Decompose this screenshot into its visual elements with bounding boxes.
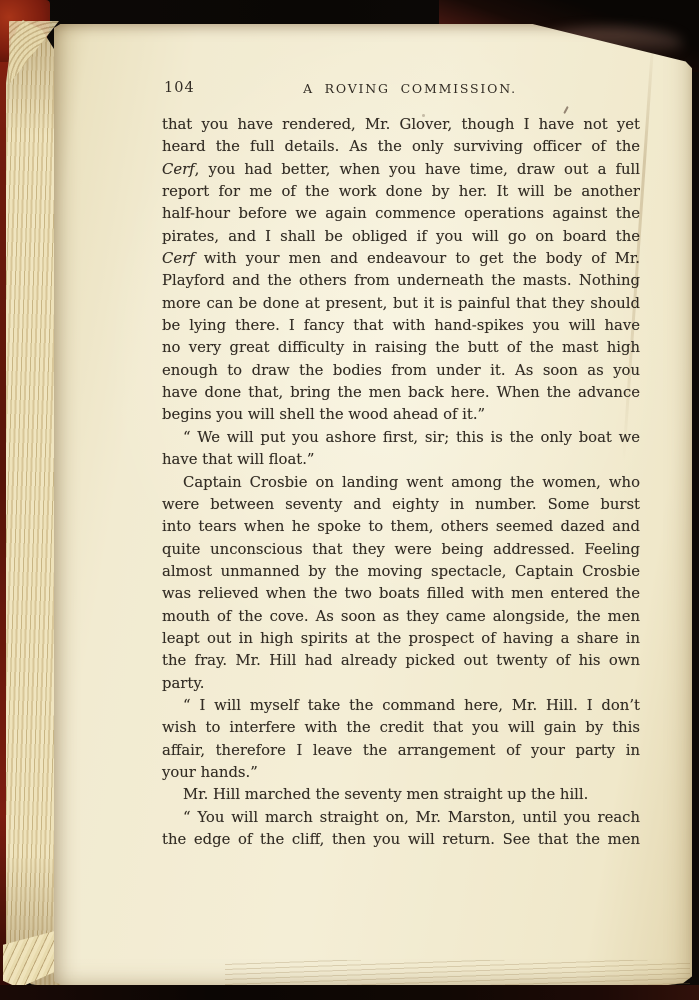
text-line: have done that, bring the men back here.… xyxy=(162,382,640,404)
italic-text: Cerf xyxy=(162,250,195,267)
text-line: were between seventy and eighty in numbe… xyxy=(162,494,640,516)
text-line: almost unmanned by the moving spectacle,… xyxy=(162,561,640,583)
text-line: heard the full details. As the only surv… xyxy=(162,136,640,158)
ink-speck xyxy=(422,114,425,117)
text-line: enough to draw the bodies from under it.… xyxy=(162,360,640,382)
text-line: begins you will shell the wood ahead of … xyxy=(162,404,640,426)
text-line: “ I will myself take the command here, M… xyxy=(162,695,640,717)
text-block: that you have rendered, Mr. Glover, thou… xyxy=(162,114,640,851)
text-line: that you have rendered, Mr. Glover, thou… xyxy=(162,114,640,136)
text-line: Captain Crosbie on landing went among th… xyxy=(162,472,640,494)
paragraph: that you have rendered, Mr. Glover, thou… xyxy=(162,114,640,427)
text-line: party. xyxy=(162,673,640,695)
text-line: have that will float.” xyxy=(162,449,640,471)
book-photo: 104 A ROVING COMMISSION. that you have r… xyxy=(0,0,699,1000)
text-line: “ You will march straight on, Mr. Marsto… xyxy=(162,807,640,829)
paragraph: Mr. Hill marched the seventy men straigh… xyxy=(162,784,640,806)
book-page: 104 A ROVING COMMISSION. that you have r… xyxy=(54,24,692,986)
text-line: pirates, and I shall be obliged if you w… xyxy=(162,226,640,248)
paragraph: “ We will put you ashore first, sir; thi… xyxy=(162,427,640,472)
paragraph: “ I will myself take the command here, M… xyxy=(162,695,640,784)
paragraph: “ You will march straight on, Mr. Marsto… xyxy=(162,807,640,852)
italic-text: Cerf xyxy=(162,161,195,178)
text-line: affair, therefore I leave the arrangemen… xyxy=(162,740,640,762)
text-line: into tears when he spoke to them, others… xyxy=(162,516,640,538)
text-line: Mr. Hill marched the seventy men straigh… xyxy=(162,784,640,806)
running-title: A ROVING COMMISSION. xyxy=(171,81,649,96)
ink-speck xyxy=(563,106,569,114)
page-bottom-edges xyxy=(225,960,690,986)
text-line: leapt out in high spirits at the prospec… xyxy=(162,628,640,650)
text-line: the edge of the cliff, then you will ret… xyxy=(162,829,640,851)
text-line: your hands.” xyxy=(162,762,640,784)
text-line: more can be done at present, but it is p… xyxy=(162,293,640,315)
text-segment: , you had better, when you have time, dr… xyxy=(195,161,640,178)
book-cover-bottom-edge xyxy=(0,985,699,1000)
text-line: half-hour before we again commence opera… xyxy=(162,203,640,225)
text-segment: with your men and endeavour to get the b… xyxy=(195,250,640,267)
text-line: mouth of the cove. As soon as they came … xyxy=(162,606,640,628)
text-line: report for me of the work done by her. I… xyxy=(162,181,640,203)
text-line: Cerf, you had better, when you have time… xyxy=(162,159,640,181)
text-line: quite unconscious that they were being a… xyxy=(162,539,640,561)
text-line: “ We will put you ashore first, sir; thi… xyxy=(162,427,640,449)
paragraph: Captain Crosbie on landing went among th… xyxy=(162,472,640,695)
text-line: no very great difficulty in raising the … xyxy=(162,337,640,359)
text-line: wish to interfere with the credit that y… xyxy=(162,717,640,739)
text-line: Playford and the others from underneath … xyxy=(162,270,640,292)
text-line: the fray. Mr. Hill had already picked ou… xyxy=(162,650,640,672)
text-line: be lying there. I fancy that with hand-s… xyxy=(162,315,640,337)
text-line: Cerf with your men and endeavour to get … xyxy=(162,248,640,270)
text-line: was relieved when the two boats filled w… xyxy=(162,583,640,605)
page-header: 104 A ROVING COMMISSION. xyxy=(162,80,640,100)
